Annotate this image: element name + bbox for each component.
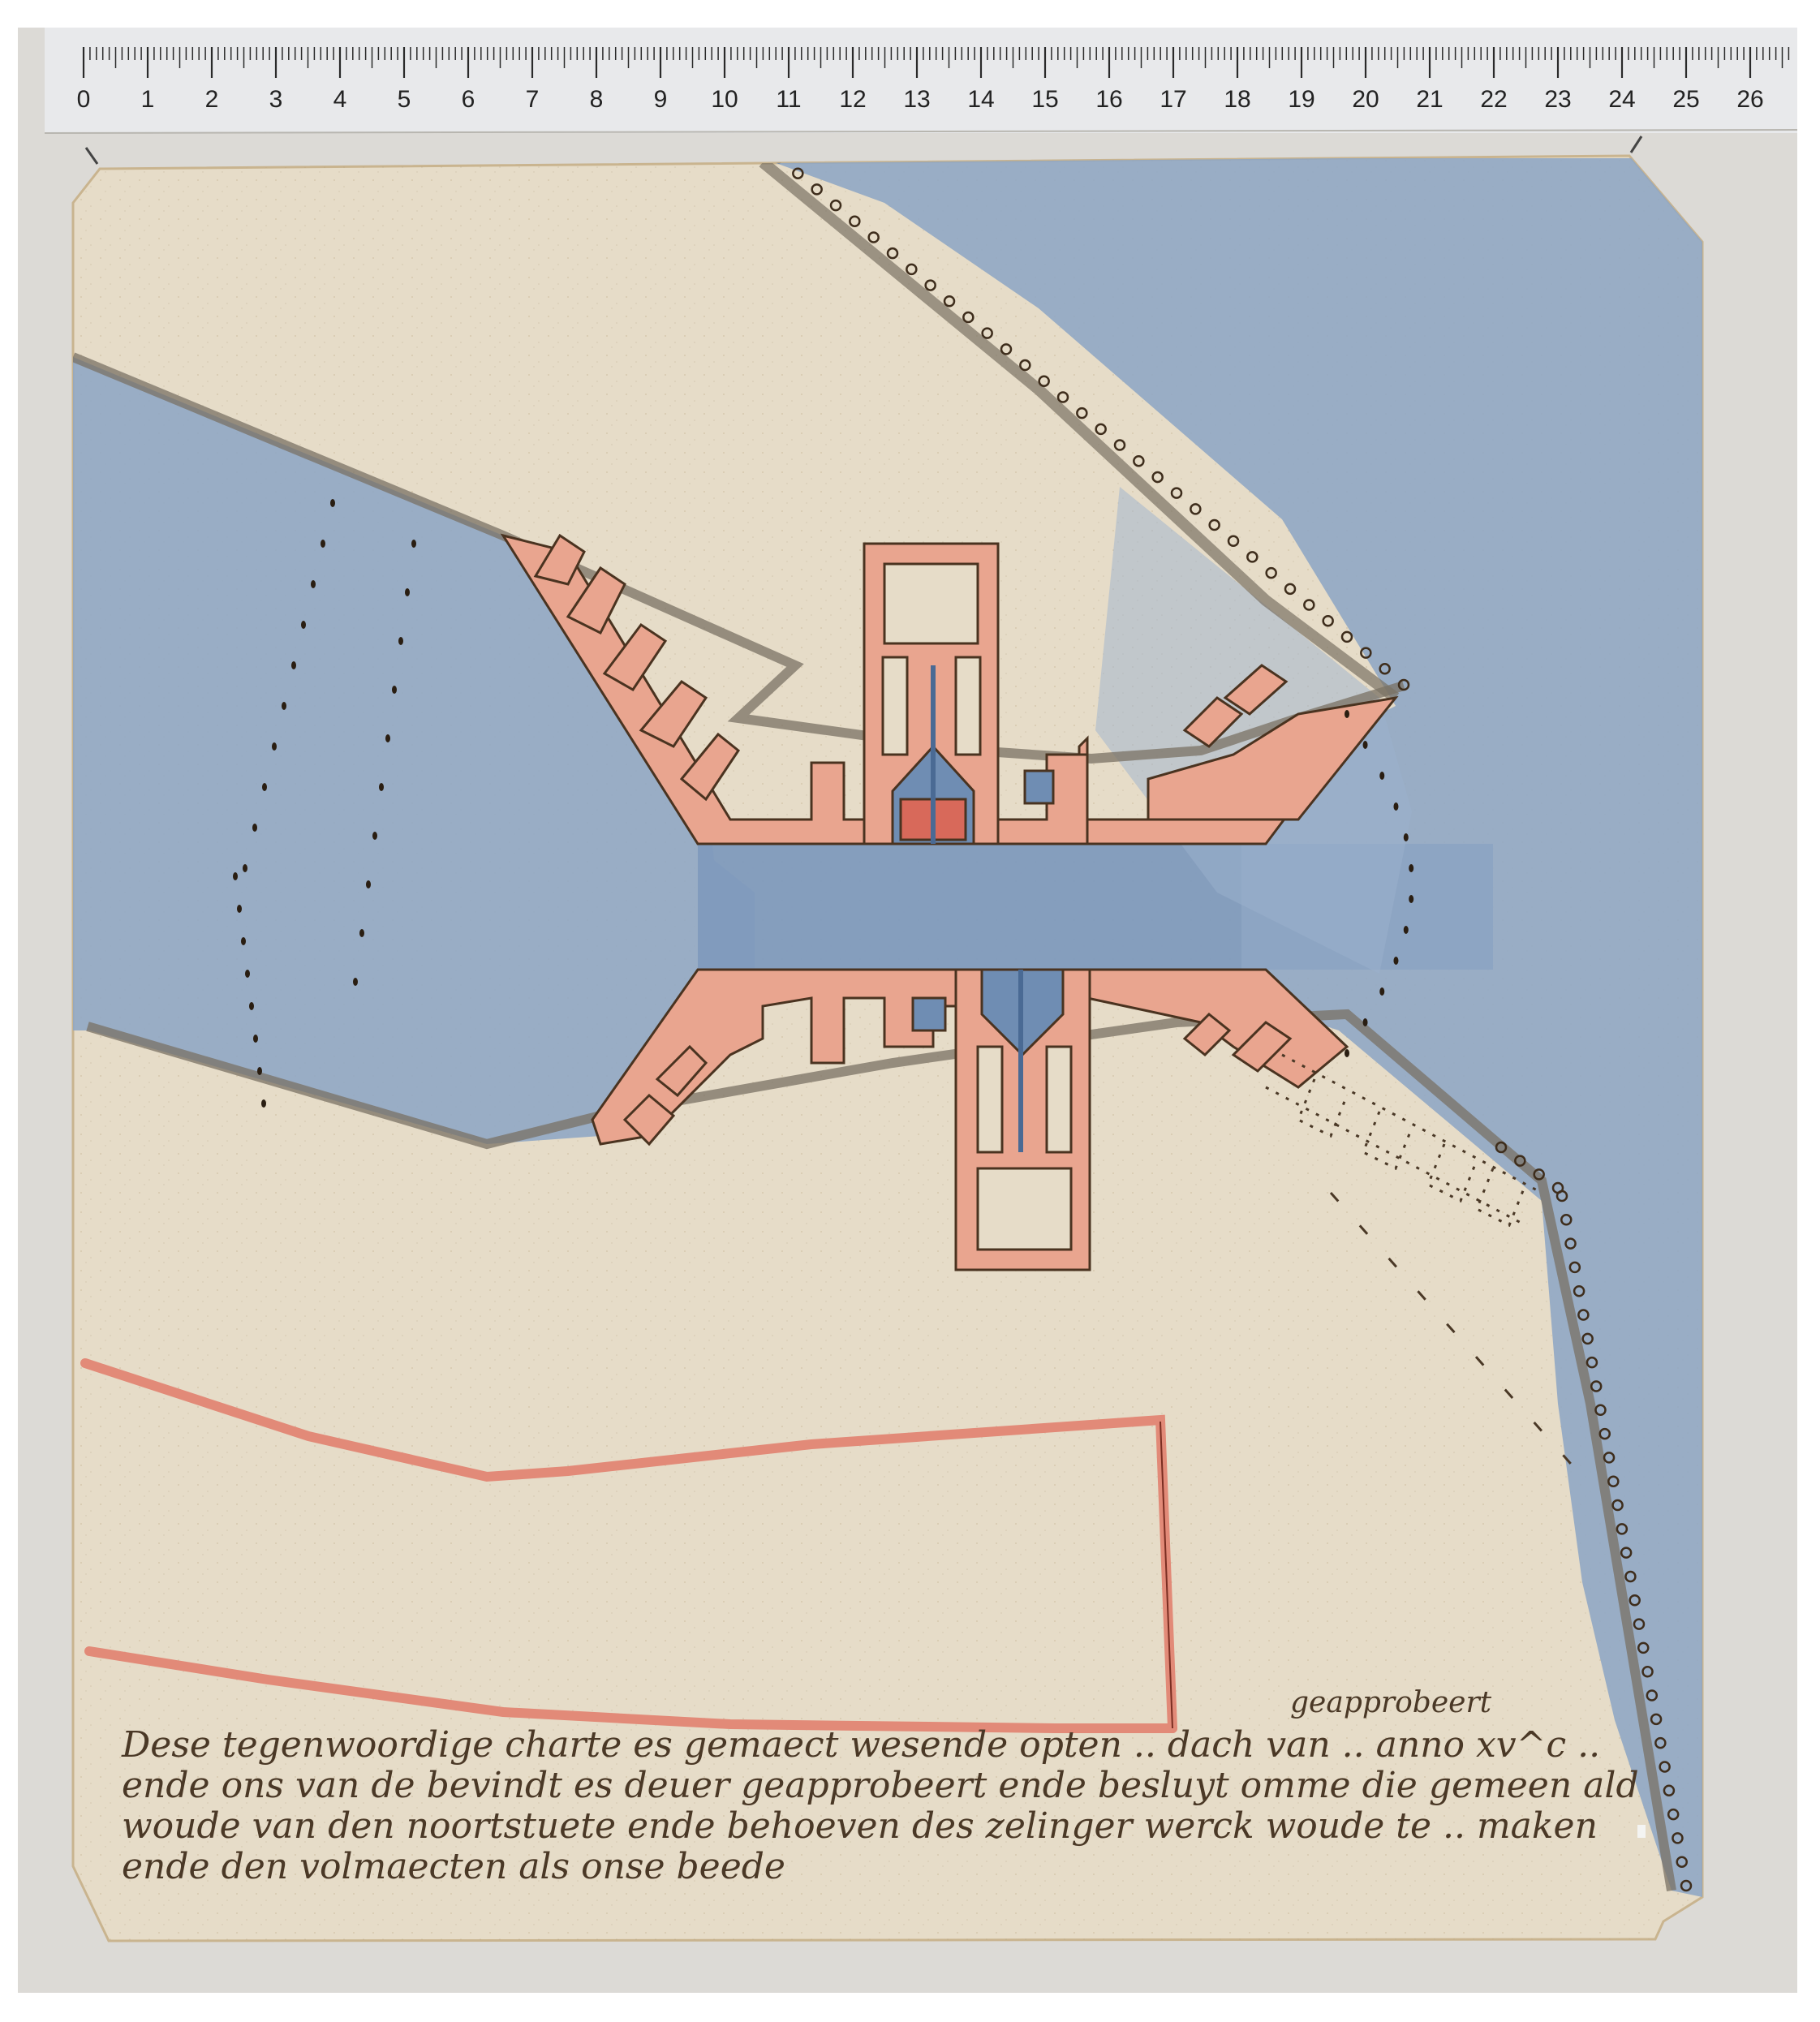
ruler-label: 25 <box>1672 86 1699 113</box>
ruler-label: 9 <box>654 86 668 113</box>
ruler-label: 7 <box>526 86 540 113</box>
ruler-body <box>45 28 1797 133</box>
ruler-label: 14 <box>967 86 994 113</box>
ruler-label: 24 <box>1608 86 1635 113</box>
ruler-label: 17 <box>1160 86 1186 113</box>
manuscript-photo: 0123456789101112131415161718192021222324… <box>0 0 1820 2022</box>
ruler-label: 23 <box>1544 86 1571 113</box>
ruler-label: 18 <box>1224 86 1250 113</box>
ruler-label: 21 <box>1416 86 1443 113</box>
inscription-line-2: ende ons van de bevindt es deuer geappro… <box>122 1765 1639 1806</box>
map-drawing: Dese tegenwoordige charte es gemaect wes… <box>65 146 1712 1947</box>
ruler-label: 22 <box>1480 86 1507 113</box>
ruler-label: 4 <box>333 86 347 113</box>
ruler-label: 5 <box>398 86 411 113</box>
inscription-line-3: woude van den noortstuete ende behoeven … <box>122 1805 1598 1847</box>
ruler-label: 8 <box>590 86 604 113</box>
ruler-label: 1 <box>141 86 155 113</box>
inscription-interlinear-note: geapprobeert <box>1290 1686 1492 1719</box>
measuring-ruler: 0123456789101112131415161718192021222324… <box>45 28 1797 133</box>
ruler-label: 16 <box>1095 86 1122 113</box>
inscription-line-1: Dese tegenwoordige charte es gemaect wes… <box>121 1724 1600 1766</box>
ruler-label: 0 <box>77 86 91 113</box>
ruler-label: 10 <box>711 86 738 113</box>
ruler-label: 11 <box>776 86 801 113</box>
paper-hole <box>1637 1825 1646 1838</box>
ruler-label: 20 <box>1352 86 1379 113</box>
ruler-label: 6 <box>462 86 475 113</box>
ruler-label: 19 <box>1288 86 1314 113</box>
ruler-label: 26 <box>1736 86 1763 113</box>
ruler-label: 2 <box>205 86 219 113</box>
ruler-label: 13 <box>903 86 930 113</box>
inscription-line-4: ende den volmaecten als onse beede <box>122 1846 785 1887</box>
ruler-label: 3 <box>269 86 283 113</box>
ruler-label: 15 <box>1031 86 1058 113</box>
ruler-label: 12 <box>839 86 866 113</box>
